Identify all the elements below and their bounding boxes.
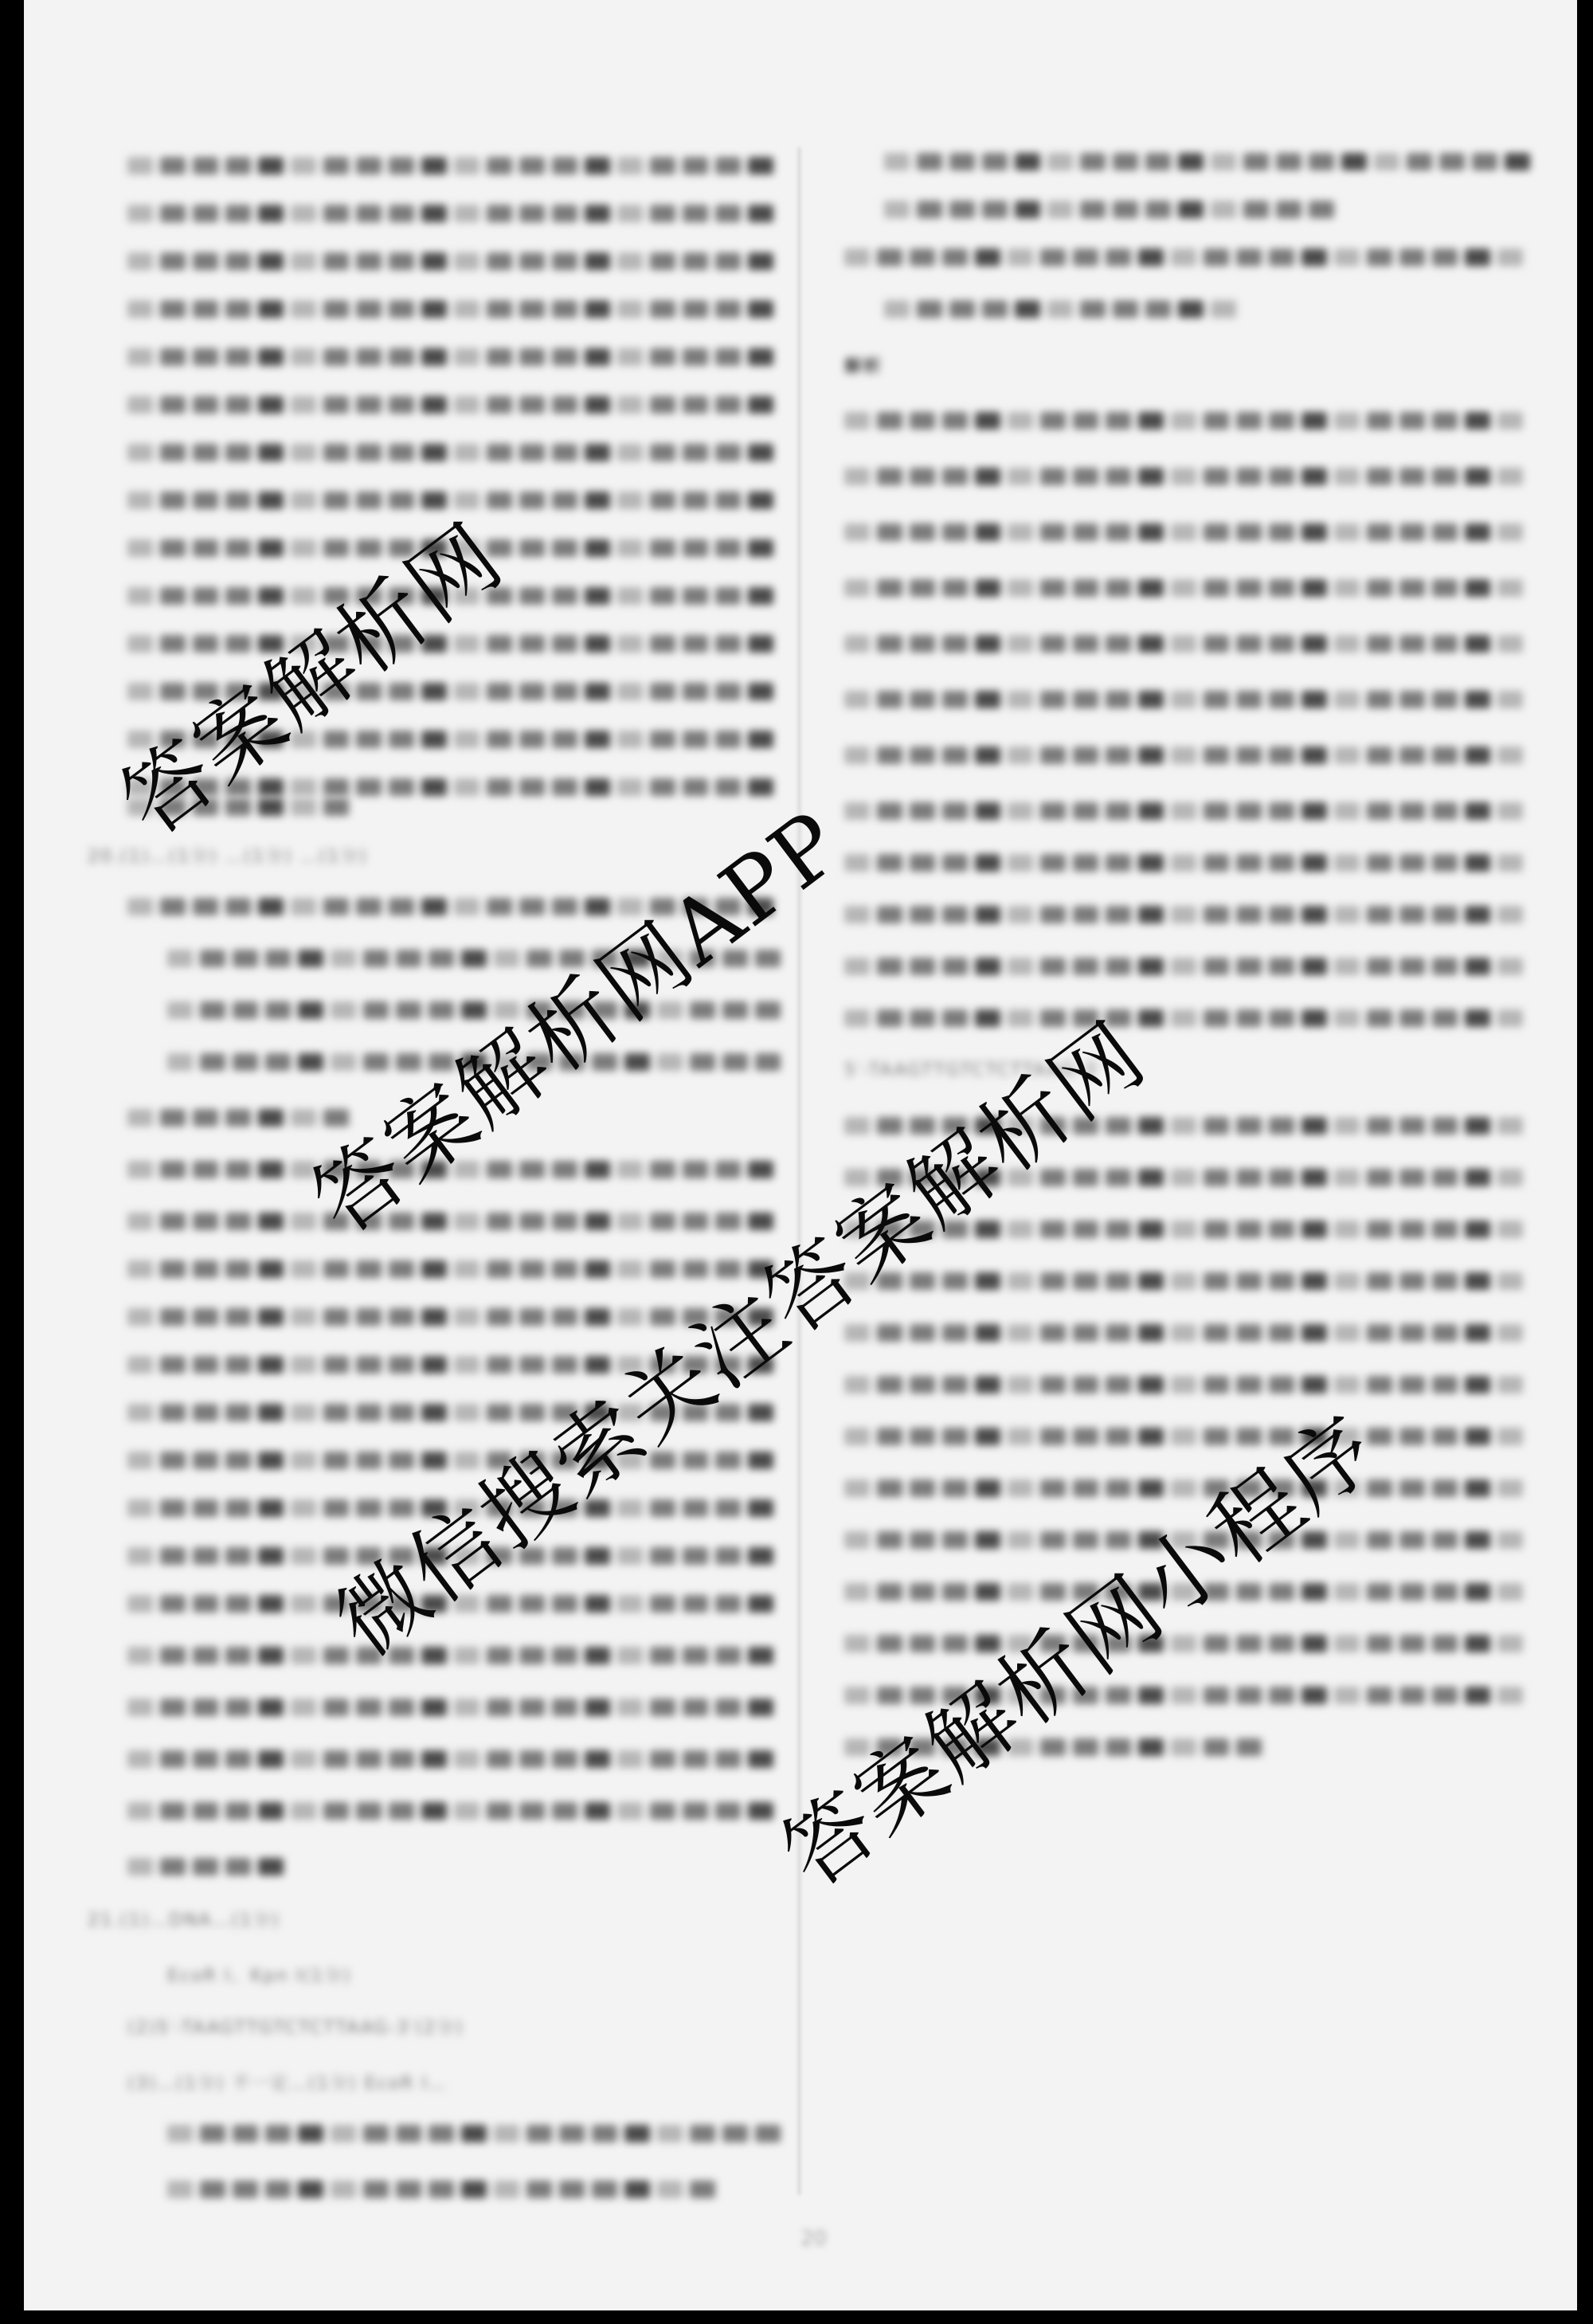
text-line bbox=[844, 466, 1537, 487]
text-line bbox=[844, 578, 1537, 598]
text-line bbox=[884, 151, 1537, 172]
text-line bbox=[127, 299, 812, 319]
text-line bbox=[884, 199, 1362, 220]
text-line bbox=[127, 347, 812, 367]
text-line bbox=[844, 1426, 1537, 1447]
text-line bbox=[844, 410, 1537, 431]
text-line bbox=[167, 2179, 741, 2200]
text-line bbox=[844, 956, 1537, 977]
text-line bbox=[844, 852, 1537, 873]
text-line bbox=[127, 251, 812, 272]
text-line bbox=[127, 1697, 812, 1718]
text-line bbox=[844, 1271, 1537, 1291]
text-line bbox=[127, 203, 812, 224]
answer-fragment: EcoR Ⅰ、Kpn Ⅰ(1分) bbox=[167, 1964, 566, 1985]
text-line bbox=[127, 442, 812, 463]
column-divider bbox=[798, 147, 800, 2195]
text-line bbox=[884, 299, 1266, 319]
answer-fragment: (3)…(1分) 不一定…(1分) EcoR Ⅰ… bbox=[127, 2071, 812, 2092]
sequence-line: 5′-TAAGTTGTCTCTTAAG-3′ bbox=[844, 1060, 1537, 1080]
question-20-header: 20.(1)…(1分) …(1分) …(1分) bbox=[88, 845, 741, 865]
document-page: 20.(1)…(1分) …(1分) …(1分) 21.(1)…DNA…(1分) … bbox=[24, 0, 1577, 2310]
text-line bbox=[844, 522, 1537, 543]
page-number: 20 bbox=[800, 2227, 827, 2251]
text-line bbox=[127, 1211, 812, 1232]
text-line bbox=[127, 490, 812, 511]
text-line bbox=[127, 394, 812, 415]
text-line bbox=[127, 1856, 319, 1877]
question-21-header: 21.(1)…DNA…(1分) bbox=[88, 1908, 804, 1929]
text-line bbox=[127, 155, 812, 176]
text-line bbox=[127, 1801, 812, 1821]
text-line bbox=[127, 1645, 812, 1666]
text-line bbox=[167, 2123, 812, 2144]
text-line bbox=[127, 1749, 812, 1769]
analysis-label: 解析 bbox=[844, 355, 1537, 375]
text-line bbox=[844, 1008, 1537, 1029]
text-line bbox=[844, 801, 1537, 821]
text-line bbox=[844, 904, 1537, 925]
answer-fragment: (2)5′-TAAGTTGTCTCTTAAG-3′(2分) bbox=[127, 2016, 605, 2036]
text-line bbox=[844, 1323, 1537, 1343]
text-line bbox=[844, 689, 1537, 710]
text-line bbox=[127, 633, 812, 654]
text-line bbox=[844, 247, 1537, 268]
text-line bbox=[844, 1374, 1537, 1395]
text-line bbox=[844, 633, 1537, 654]
text-line bbox=[844, 745, 1537, 766]
